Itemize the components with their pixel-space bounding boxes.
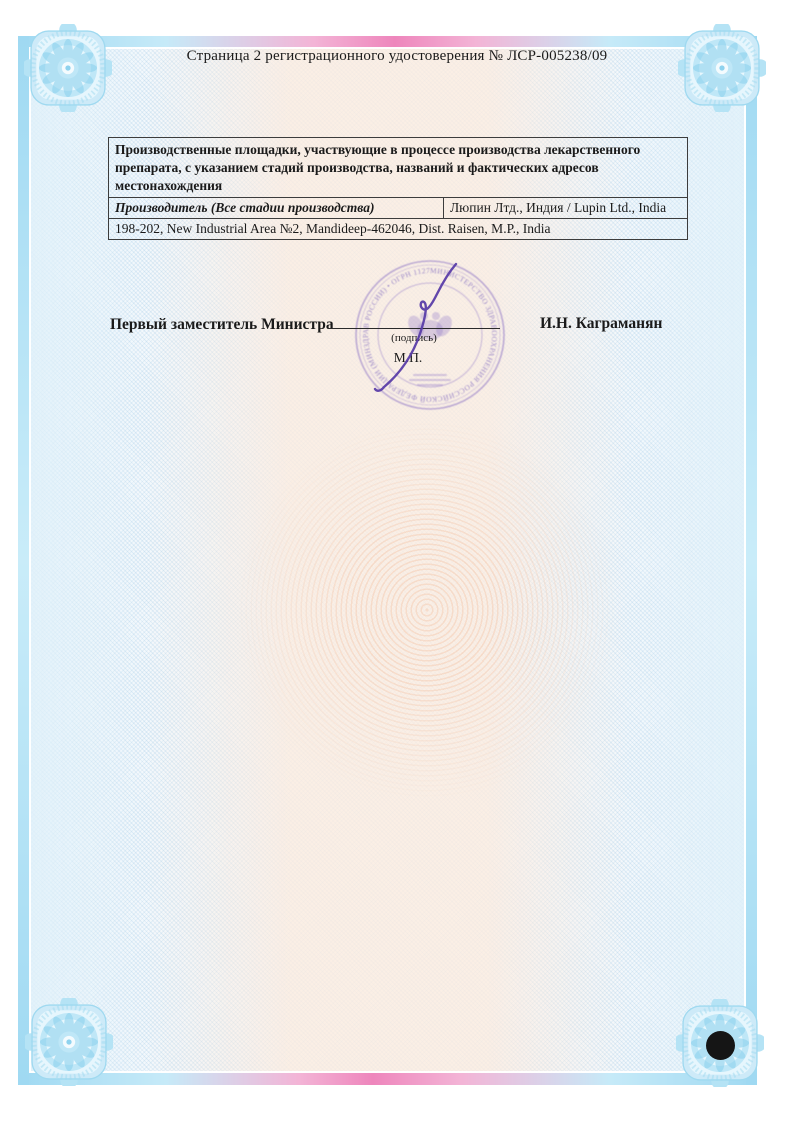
page-title: Страница 2 регистрационного удостоверени…: [0, 48, 794, 65]
border-band-left: [18, 36, 29, 1085]
signature-line: [328, 328, 500, 329]
border-band-top: [18, 36, 757, 47]
guilloche-rosette-icon: [678, 24, 766, 112]
punch-hole-dot: [706, 1031, 735, 1060]
producer-value-cell: Люпин Лтд., Индия / Lupin Ltd., India: [444, 198, 688, 219]
table-row: Производитель (Все стадии производства) …: [109, 198, 688, 219]
signature-caption: (подпись): [328, 332, 500, 344]
address-cell: 198-202, New Industrial Area №2, Mandide…: [109, 219, 688, 240]
production-sites-table: Производственные площадки, участвующие в…: [108, 137, 688, 240]
border-band-right: [746, 36, 757, 1085]
guilloche-rosette-icon: [24, 24, 112, 112]
table-row: Производственные площадки, участвующие в…: [109, 138, 688, 198]
guilloche-rosette-icon: [25, 998, 113, 1086]
official-name: И.Н. Каграманян: [540, 315, 662, 333]
seal-caption: М.П.: [328, 350, 488, 366]
certificate-page-scan: Страница 2 регистрационного удостоверени…: [0, 0, 794, 1123]
guilloche-watermark: [227, 410, 627, 810]
table-row: 198-202, New Industrial Area №2, Mandide…: [109, 219, 688, 240]
official-title: Первый заместитель Министра: [110, 316, 334, 334]
stamp-inner-text-marks: [409, 374, 451, 386]
border-band-bottom: [18, 1073, 757, 1085]
producer-label-cell: Производитель (Все стадии производства): [109, 198, 444, 219]
table-header-cell: Производственные площадки, участвующие в…: [109, 138, 688, 198]
